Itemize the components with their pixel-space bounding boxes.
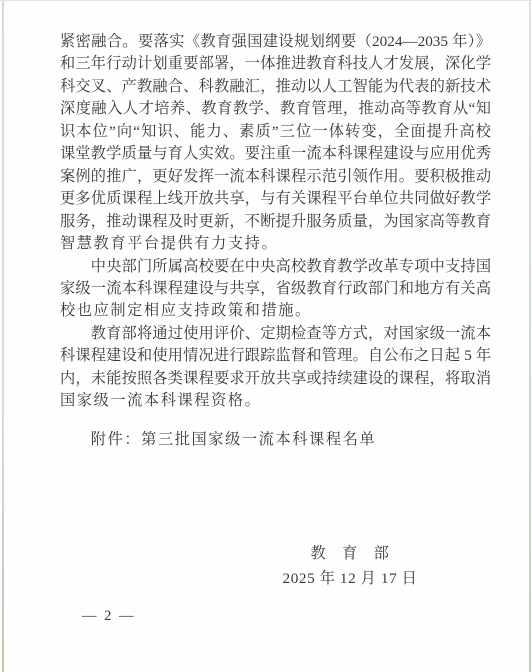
text-line: 科交叉、产教融合、科教融汇，推动以人工智能为代表的新技术 [60,76,491,98]
signature-block: 教 育 部 2025 年 12 月 17 日 [245,541,455,591]
text-line: 教育部将通过使用评价、定期检查等方式，对国家级一流本 [60,323,491,345]
text-line: 智慧教育平台提供有力支持。 [60,233,491,255]
text-line: 中央部门所属高校要在中央高校教育教学改革专项中支持国 [60,256,491,278]
text-line: 深度融入人才培养、教育教学、教育管理，推动高等教育从“知 [60,98,491,120]
attachment-line: 附件：第三批国家级一流本科课程名单 [60,429,491,451]
text-line: 更多优质课程上线开放共享，与有关课程平台单位共同做好教学 [60,188,491,210]
text-line: 和三年行动计划重要部署，一体推进教育科技人才发展，深化学 [60,53,491,75]
text-line: 校也应制定相应支持政策和措施。 [60,300,491,322]
text-line: 紧密融合。要落实《教育强国建设规划纲要（2024—2035 年）》 [60,31,491,53]
signature-date: 2025 年 12 月 17 日 [245,566,455,591]
text-line: 课堂教学质量与育人实效。要注重一流本科课程建设与应用优秀 [60,143,491,165]
document-body: 紧密融合。要落实《教育强国建设规划纲要（2024—2035 年）》 和三年行动计… [60,31,491,413]
text-line: 识本位”向“知识、能力、素质”三位一体转变，全面提升高校 [60,121,491,143]
text-line: 案例的推广，更好发挥一流本科课程示范引领作用。要积极推动 [60,166,491,188]
text-line: 服务，推动课程及时更新，不断提升服务质量，为国家高等教育 [60,211,491,233]
text-line: 科课程建设和使用情况进行跟踪监督和管理。自公布之日起 5 年 [60,345,491,367]
text-line: 内，未能按照各类课程要求开放共享或持续建设的课程，将取消 [60,368,491,390]
scan-edge-left [2,0,4,672]
text-line: 国家级一流本科课程资格。 [60,390,491,412]
scan-edge-top [0,0,532,1]
text-line: 家级一流本科课程建设与共享，省级教育行政部门和地方有关高 [60,278,491,300]
document-page: 紧密融合。要落实《教育强国建设规划纲要（2024—2035 年）》 和三年行动计… [0,0,532,672]
scan-edge-right [529,0,531,672]
signer-name: 教 育 部 [245,541,455,566]
page-number: — 2 — [82,608,136,625]
